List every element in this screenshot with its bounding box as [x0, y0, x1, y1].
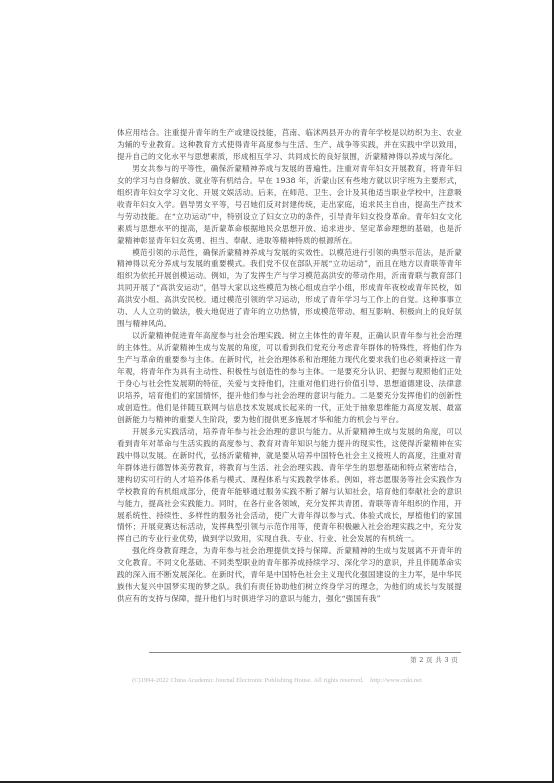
paragraph-practice-activities: 开展多元实践活动，培养青年参与社会治理的意识与能力。从沂蒙精神生成与发展的角度，…	[117, 426, 462, 546]
paragraph-lifelong-education: 强化终身教育理念，为青年参与社会治理提供支持与保障。沂蒙精神的生成与发展离不开青…	[117, 545, 462, 605]
paragraph-social-governance: 以沂蒙精神促进青年高度参与社会治理实践。树立主体性的青年观，正确认识青年参与社会…	[117, 330, 462, 426]
document-body: 体应用结合。注重提升青年的生产或建设技能，莒南、临沭两县开办的青年学校是以纺织为…	[117, 127, 462, 605]
paragraph-gender-equality: 男女共参与的平等性，确保沂蒙精神养成与发展的普遍性。注重对青年妇女开展教育，将青…	[117, 163, 462, 247]
footer-divider	[149, 652, 461, 653]
paragraph-continuation: 体应用结合。注重提升青年的生产或建设技能，莒南、临沭两县开办的青年学校是以纺织为…	[117, 127, 462, 163]
paragraph-model-leadership: 模范引领的示范性，确保沂蒙精神养成与发展的实效性。以模范进行引领的典型示范法，是…	[117, 247, 462, 331]
page-indicator: 第 2 页 共 3 页	[410, 655, 458, 664]
copyright-notice: (C)1994-2022 China Academic Journal Elec…	[0, 677, 554, 684]
